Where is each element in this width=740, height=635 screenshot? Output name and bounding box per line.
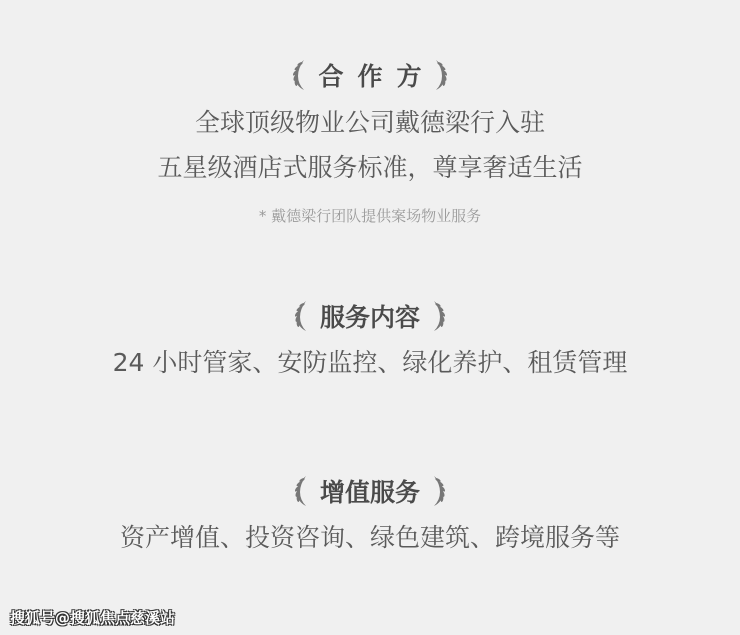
heading-title: 增值服务 bbox=[320, 473, 420, 509]
body-line: 全球顶级物业公司戴德梁行入驻 bbox=[0, 103, 740, 143]
heading-title: 服务内容 bbox=[320, 298, 420, 334]
footnote: * 戴德梁行团队提供案场物业服务 bbox=[0, 206, 740, 226]
laurel-left-icon bbox=[292, 474, 310, 508]
laurel-left-icon bbox=[290, 58, 308, 92]
section-value-added: 增值服务 资产增值、投资咨询、绿色建筑、跨境服务等 bbox=[0, 471, 740, 558]
heading-title: 合作方 bbox=[318, 57, 435, 93]
section-services: 服务内容 24 小时管家、安防监控、绿化养护、租赁管理 bbox=[0, 296, 740, 383]
body-line: 资产增值、投资咨询、绿色建筑、跨境服务等 bbox=[0, 518, 740, 558]
section-partner: 合作方 全球顶级物业公司戴德梁行入驻 五星级酒店式服务标准，尊享奢适生活 * 戴… bbox=[0, 55, 740, 226]
section-heading: 合作方 bbox=[0, 55, 740, 95]
body-line: 24 小时管家、安防监控、绿化养护、租赁管理 bbox=[0, 343, 740, 383]
section-heading: 服务内容 bbox=[0, 296, 740, 336]
watermark: 搜狐号@搜狐焦点慈溪站 bbox=[10, 607, 175, 628]
laurel-right-icon bbox=[432, 58, 450, 92]
section-heading: 增值服务 bbox=[0, 471, 740, 511]
laurel-right-icon bbox=[430, 474, 448, 508]
laurel-left-icon bbox=[292, 299, 310, 333]
body-line: 五星级酒店式服务标准，尊享奢适生活 bbox=[0, 148, 740, 188]
laurel-right-icon bbox=[430, 299, 448, 333]
